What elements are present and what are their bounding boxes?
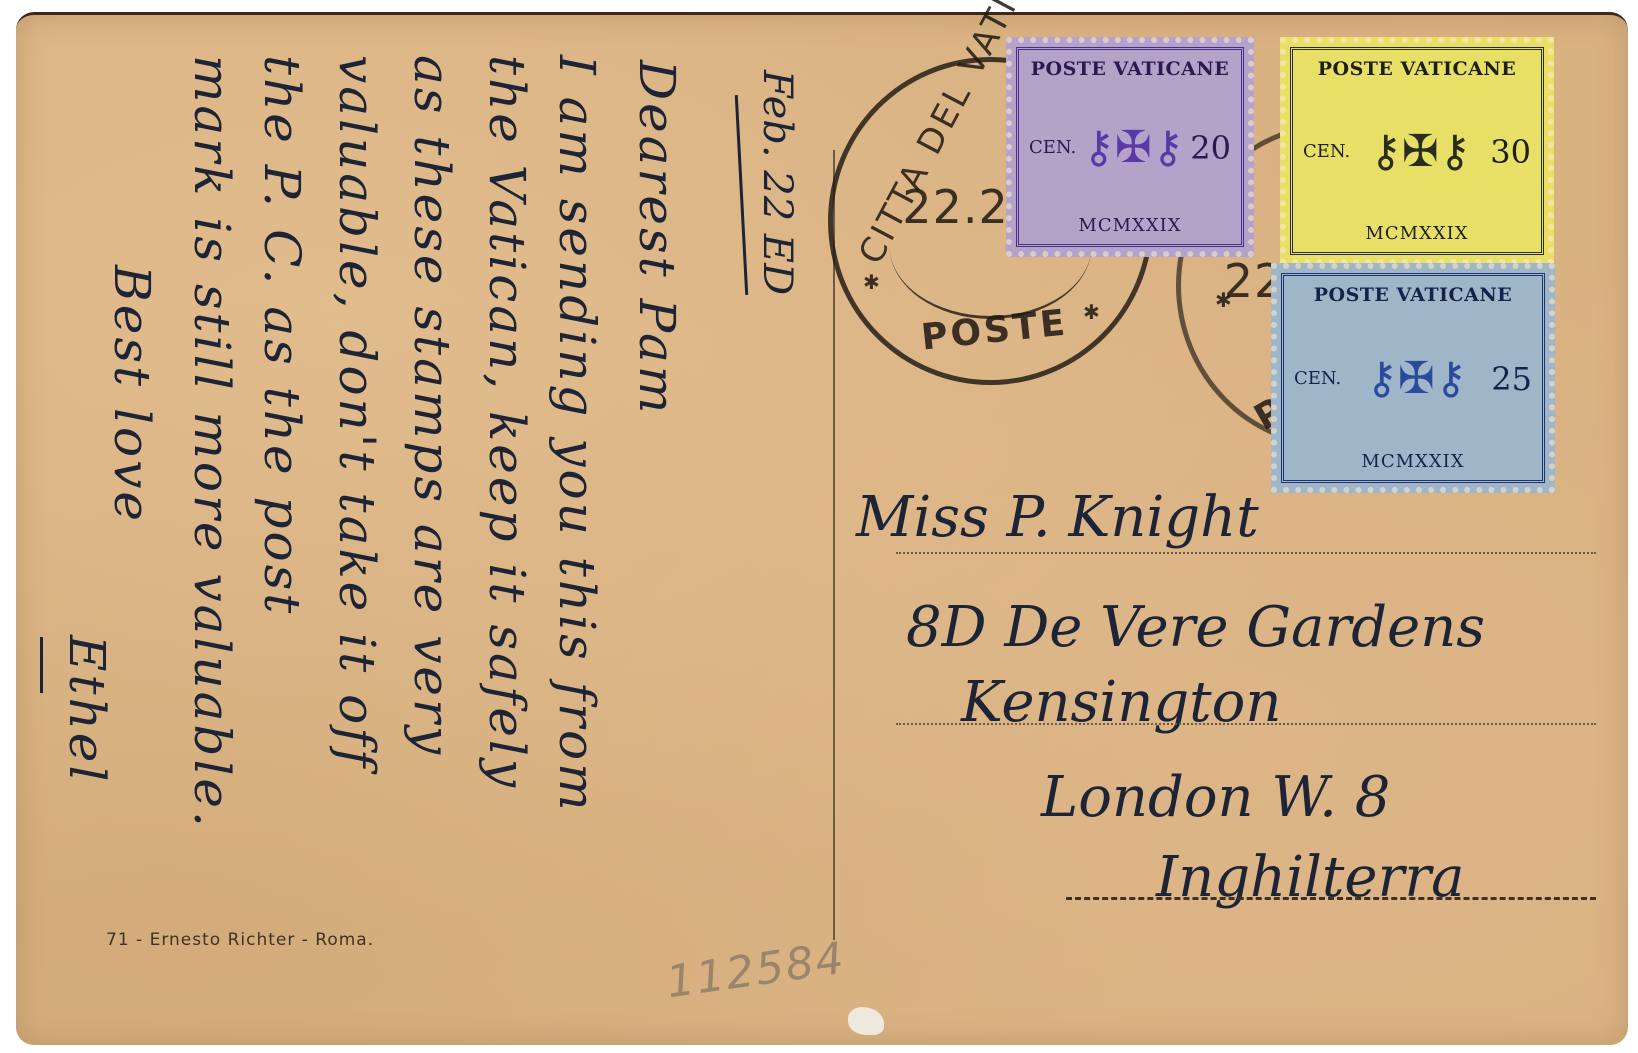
address-line-5: Inghilterra (1156, 845, 1465, 910)
postmark-1-bottom-text: POSTE (919, 302, 1070, 358)
address-line-3: Kensington (961, 670, 1281, 735)
stamp-30-cent: POSTE VATICANE CEN. ⚷✠⚷ 30 MCMXXIX (1280, 37, 1554, 265)
date-note: Feb. 22 ED (754, 70, 800, 295)
message-line-6: mark is still more valuable. (183, 55, 241, 830)
address-rule-1 (896, 552, 1596, 554)
message-line-7: Best love (103, 265, 161, 524)
address-line-1: Miss P. Knight (856, 485, 1259, 550)
stamp-value: 20 (1190, 129, 1231, 167)
message-line-5: the P. C. as the post (253, 55, 311, 616)
printer-imprint: 71 - Ernesto Richter - Roma. (106, 930, 374, 950)
stamp-20-cent: POSTE VATICANE CEN. ⚷✠⚷ 20 MCMXXIX (1006, 37, 1254, 257)
stamp-title: POSTE VATICANE (1318, 58, 1517, 80)
crossed-keys-tiara-icon: ⚷✠⚷ (1370, 130, 1471, 174)
stamp-unit: CEN. (1294, 368, 1341, 389)
star-icon: ✱ (863, 270, 880, 294)
paper-tear (848, 1007, 884, 1035)
message-line-1: I am sending you this from (548, 55, 606, 814)
postcard: Feb. 22 ED Dearest Pam I am sending you … (16, 12, 1628, 1045)
message-line-2: the Vatican, keep it safely (478, 55, 536, 790)
message-signature: Ethel (58, 635, 116, 784)
address-rule-2 (896, 723, 1596, 725)
address-line-2: 8D De Vere Gardens (906, 595, 1485, 660)
message-line-4: valuable, don't take it off (328, 55, 386, 770)
stamp-unit: CEN. (1029, 137, 1076, 158)
star-icon: ✱ (1083, 300, 1100, 324)
pencil-inventory-number: 112584 (663, 933, 848, 1009)
stamp-value: 30 (1490, 133, 1531, 171)
address-line-4: London W. 8 (1041, 765, 1390, 830)
stamp-title: POSTE VATICANE (1031, 58, 1230, 80)
date-underline (735, 95, 748, 295)
stamp-year: MCMXXIX (1361, 451, 1464, 472)
stamp-title: POSTE VATICANE (1314, 284, 1513, 306)
stamp-unit: CEN. (1303, 141, 1350, 162)
crossed-keys-tiara-icon: ⚷✠⚷ (1083, 126, 1184, 170)
stamp-25-cent: POSTE VATICANE CEN. ⚷✠⚷ 25 MCMXXIX (1271, 263, 1555, 493)
star-icon: ✱ (1215, 288, 1232, 312)
crossed-keys-tiara-icon: ⚷✠⚷ (1366, 357, 1467, 401)
signature-dash (40, 637, 43, 693)
message-line-3: as these stamps are very (403, 55, 461, 757)
stamp-year: MCMXXIX (1365, 223, 1468, 244)
message-salutation: Dearest Pam (628, 60, 686, 416)
stamp-value: 25 (1491, 360, 1532, 398)
address-rule-3 (1066, 897, 1596, 900)
stamp-year: MCMXXIX (1078, 215, 1181, 236)
